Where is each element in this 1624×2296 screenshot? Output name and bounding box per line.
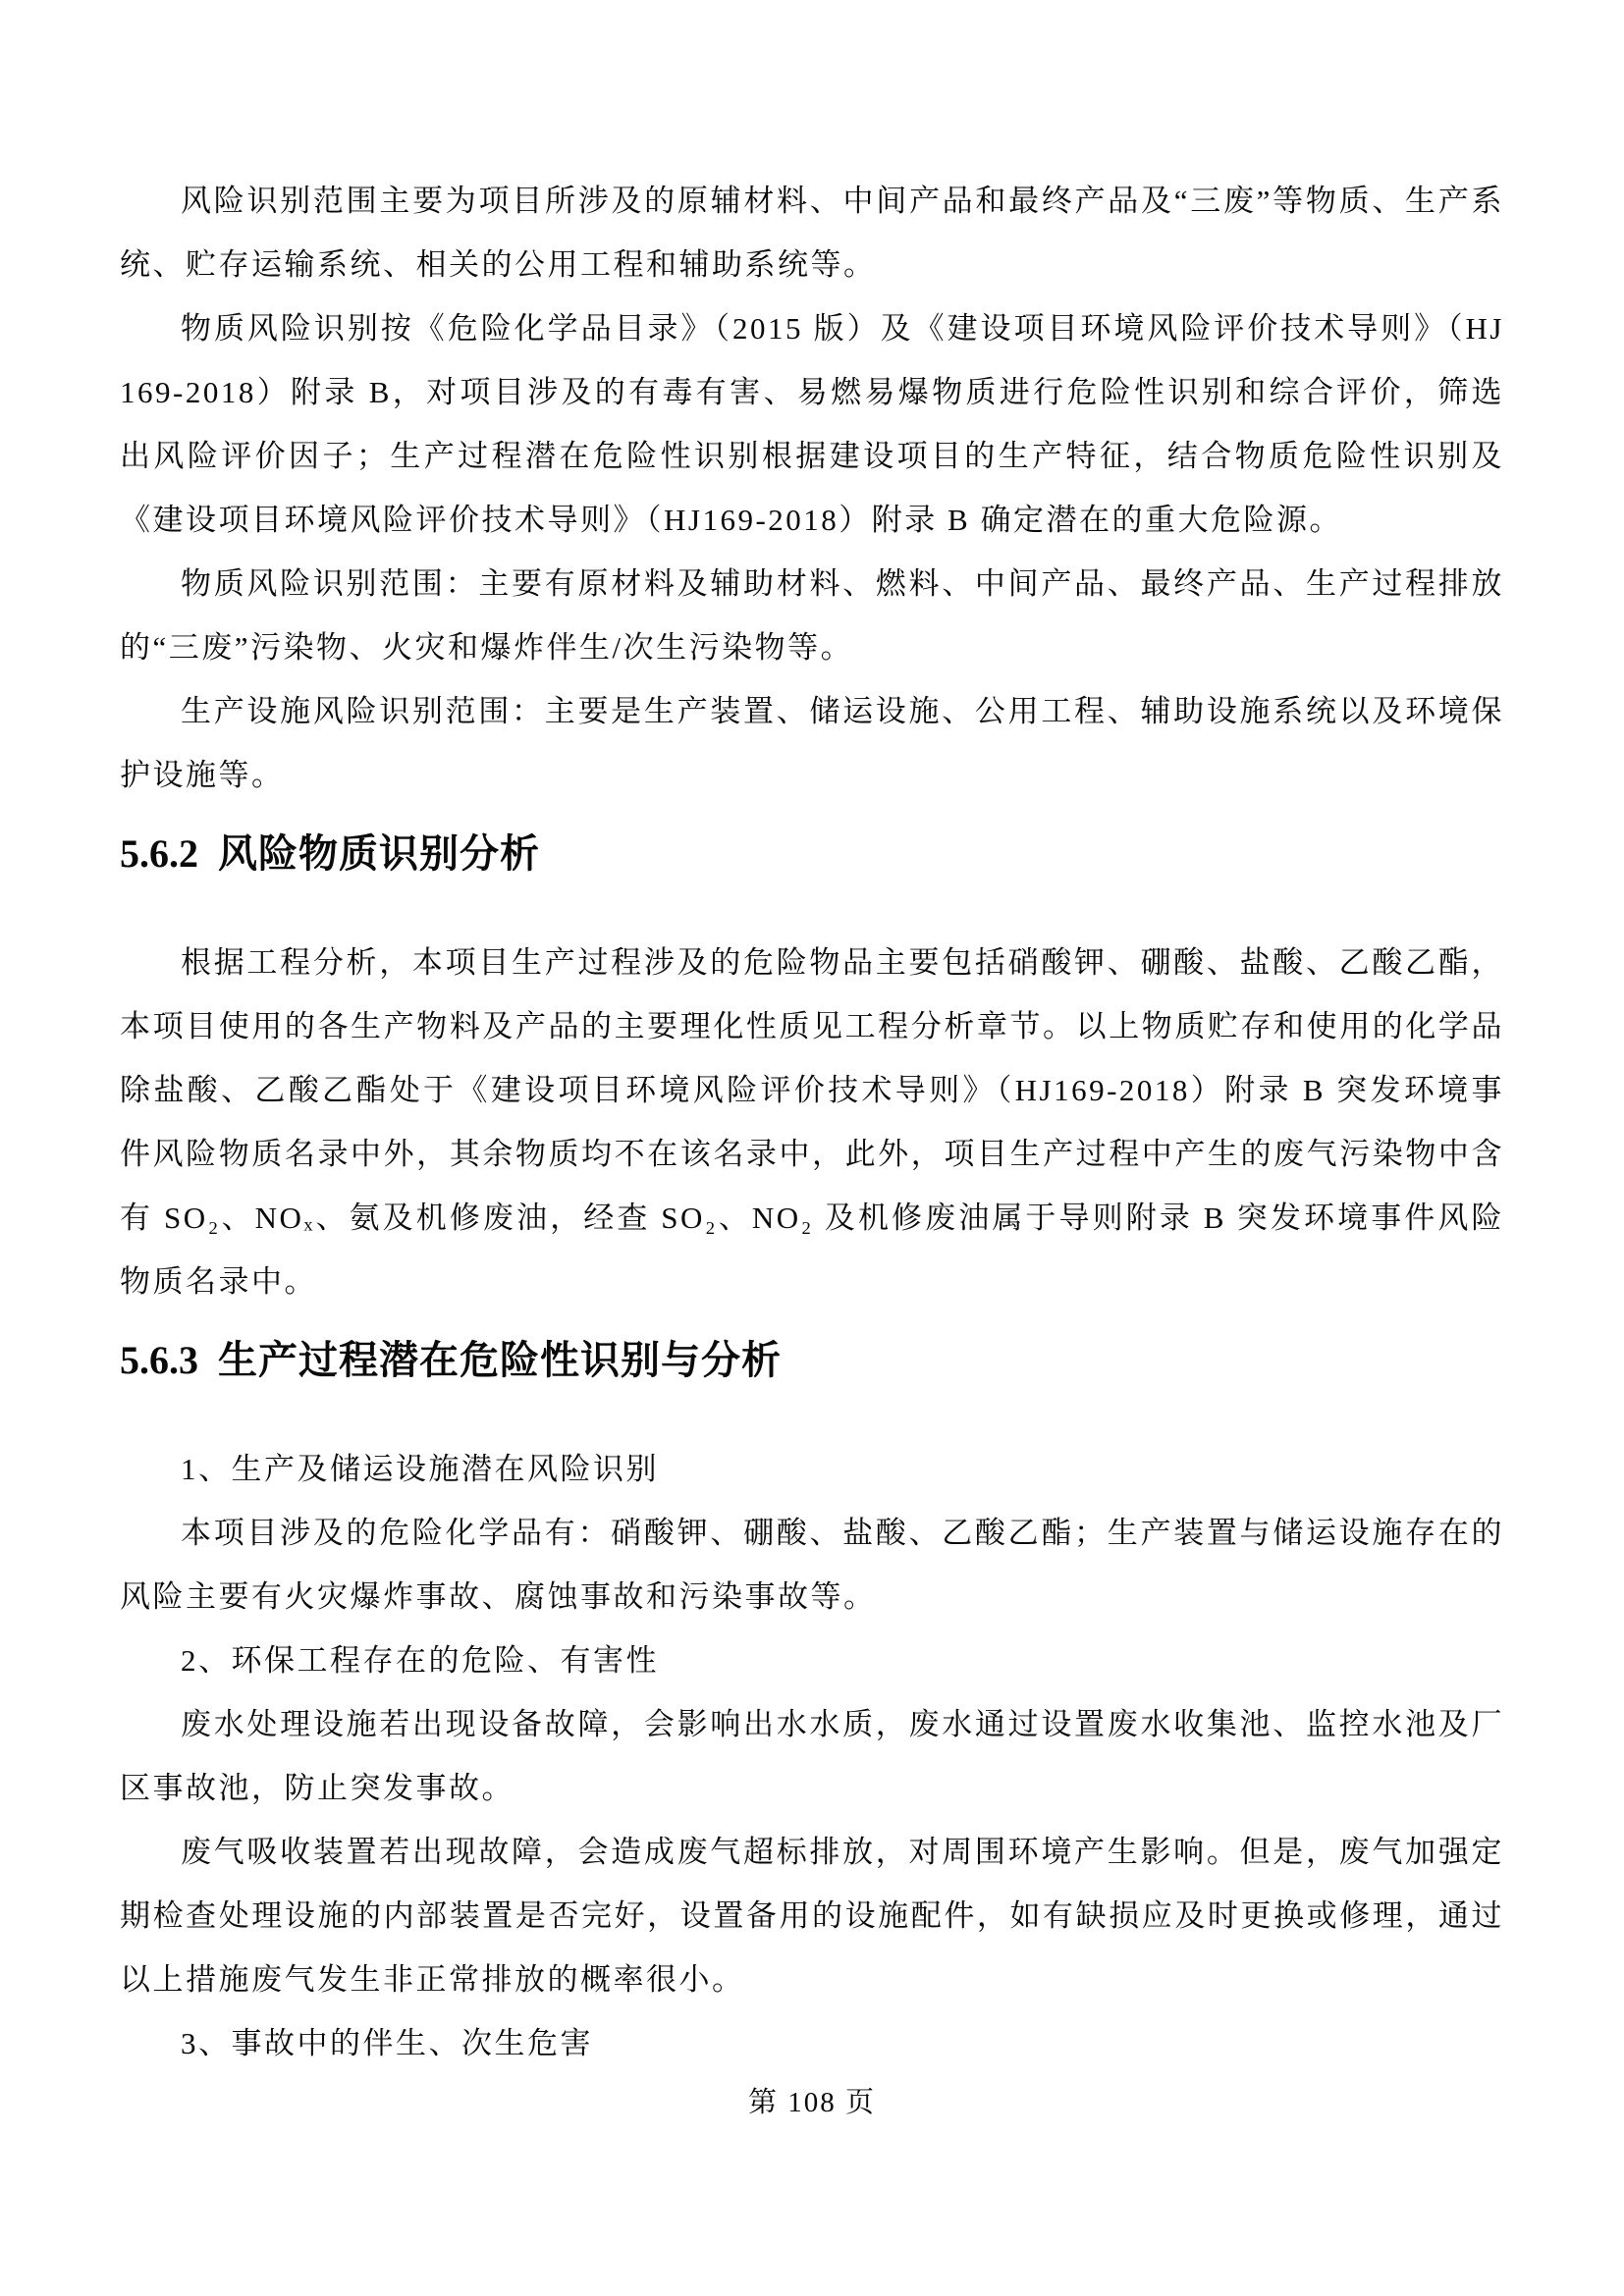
paragraph-wastewater-facility-failure: 废水处理设施若出现设备故障，会影响出水水质，废水通过设置废水收集池、监控水池及厂… — [120, 1692, 1504, 1820]
page-number: 第 108 页 — [0, 2083, 1624, 2122]
section-heading-5-6-2: 5.6.2风险物质识别分析 — [120, 822, 1504, 886]
paragraph-risk-substance-analysis: 根据工程分析，本项目生产过程涉及的危险物品主要包括硝酸钾、硼酸、盐酸、乙酸乙酯，… — [120, 931, 1504, 1313]
section-heading-5-6-3: 5.6.3生产过程潜在危险性识别与分析 — [120, 1328, 1504, 1393]
paragraph-gas-absorption-failure: 废气吸收装置若出现故障，会造成废气超标排放，对周围环境产生影响。但是，废气加强定… — [120, 1820, 1504, 2011]
section-number: 5.6.3 — [120, 1338, 198, 1382]
paragraph-hazardous-chemicals: 本项目涉及的危险化学品有：硝酸钾、硼酸、盐酸、乙酸乙酯；生产装置与储运设施存在的… — [120, 1501, 1504, 1629]
section-number: 5.6.2 — [120, 831, 198, 876]
paragraph-facility-risk-scope: 生产设施风险识别范围：主要是生产装置、储运设施、公用工程、辅助设施系统以及环境保… — [120, 679, 1504, 807]
paragraph-substance-risk-method: 物质风险识别按《危险化学品目录》（2015 版）及《建设项目环境风险评价技术导则… — [120, 296, 1504, 552]
section-title: 生产过程潜在危险性识别与分析 — [218, 1338, 782, 1382]
paragraph-substance-risk-scope: 物质风险识别范围：主要有原材料及辅助材料、燃料、中间产品、最终产品、生产过程排放… — [120, 552, 1504, 679]
document-page: 风险识别范围主要为项目所涉及的原辅材料、中间产品和最终产品及“三废”等物质、生产… — [0, 0, 1624, 2296]
list-item-1-production-storage-risk: 1、生产及储运设施潜在风险识别 — [120, 1437, 1504, 1501]
list-item-2-environmental-engineering-hazard: 2、环保工程存在的危险、有害性 — [120, 1629, 1504, 1692]
paragraph-risk-identification-scope: 风险识别范围主要为项目所涉及的原辅材料、中间产品和最终产品及“三废”等物质、生产… — [120, 169, 1504, 296]
list-item-3-secondary-hazards: 3、事故中的伴生、次生危害 — [120, 2011, 1504, 2075]
section-title: 风险物质识别分析 — [218, 831, 540, 876]
